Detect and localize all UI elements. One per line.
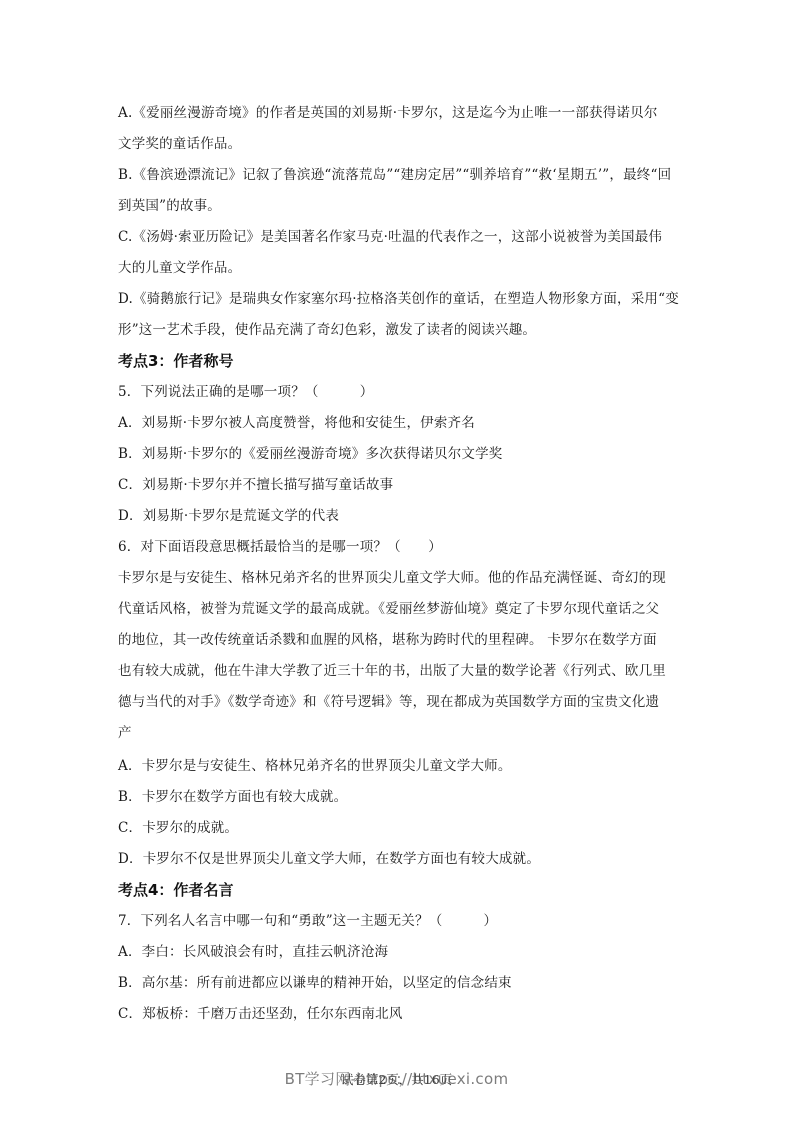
section-heading: 考点3：作者称号 <box>118 351 233 371</box>
text-line: 代童话风格，被誉为荒诞文学的最高成就。《爱丽丝梦游仙境》奠定了卡罗尔现代童话之父 <box>118 599 659 619</box>
text-line: 卡罗尔是与安徒生、格林兄弟齐名的世界顶尖儿童文学大师。他的作品充满怪诞、奇幻的现 <box>118 568 666 588</box>
text-line: 5．下列说法正确的是哪一项？（ ） <box>118 382 373 402</box>
text-line: D.《骑鹅旅行记》是瑞典女作家塞尔玛·拉格洛芙创作的童话，在塑造人物形象方面，采… <box>118 289 679 309</box>
text-line: A．李白：长风破浪会有时，直挂云帆济沧海 <box>118 942 388 962</box>
text-line: 到英国”的故事。 <box>118 196 221 216</box>
text-line: C．刘易斯·卡罗尔并不擅长描写描写童话故事 <box>118 475 393 495</box>
text-line: 大的儿童文学作品。 <box>118 258 241 278</box>
text-line: C．郑板桥：千磨万击还坚劲，任尔东西南北风 <box>118 1004 403 1024</box>
text-line: B．卡罗尔在数学方面也有较大成就。 <box>118 787 347 807</box>
text-line: 的地位，其一改传统童话杀戮和血腥的风格，堪称为跨时代的里程碑。 卡罗尔在数学方面 <box>118 630 657 650</box>
document-page: A.《爱丽丝漫游奇境》的作者是英国的刘易斯·卡罗尔，这是迄今为止唯一一部获得诺贝… <box>0 0 793 1122</box>
text-line: 文学奖的童话作品。 <box>118 134 241 154</box>
text-line: B．高尔基：所有前进都应以谦卑的精神开始，以坚定的信念结束 <box>118 973 512 993</box>
watermark: BT学习网-https://btxuexi.com <box>0 1068 793 1089</box>
text-line: A．卡罗尔是与安徒生、格林兄弟齐名的世界顶尖儿童文学大师。 <box>118 756 512 776</box>
text-line: A．刘易斯·卡罗尔被人高度赞誉，将他和安徒生，伊索齐名 <box>118 413 475 433</box>
text-line: D．卡罗尔不仅是世界顶尖儿童文学大师，在数学方面也有较大成就。 <box>118 849 540 869</box>
text-line: C．卡罗尔的成就。 <box>118 818 238 838</box>
text-line: 6．对下面语段意思概括最恰当的是哪一项？（ ） <box>118 537 442 557</box>
text-line: D．刘易斯·卡罗尔是荒诞文学的代表 <box>118 506 339 526</box>
text-line: C.《汤姆·索亚历险记》是美国著名作家马克·吐温的代表作之一，这部小说被誉为美国… <box>118 227 662 247</box>
text-line: 7．下列名人名言中哪一句和“勇敢”这一主题无关？（ ） <box>118 911 497 931</box>
section-heading: 考点4：作者名言 <box>118 880 233 900</box>
text-line: 也有较大成就，他在牛津大学教了近三十年的书，出版了大量的数学论著《行列式、欧几里 <box>118 661 666 681</box>
text-line: 德与当代的对手》《数学奇迹》和《符号逻辑》等，现在都成为英国数学方面的宝贵文化遗 <box>118 692 659 712</box>
text-line: B.《鲁滨逊漂流记》记叙了鲁滨逊“流落荒岛”“建房定居”“驯养培育”“救‘星期五… <box>118 165 671 185</box>
text-line: 产 <box>118 723 132 743</box>
text-line: 形”这一艺术手段，使作品充满了奇幻色彩，激发了读者的阅读兴趣。 <box>118 320 536 340</box>
text-line: B．刘易斯·卡罗尔的《爱丽丝漫游奇境》多次获得诺贝尔文学奖 <box>118 444 503 464</box>
text-line: A.《爱丽丝漫游奇境》的作者是英国的刘易斯·卡罗尔，这是迄今为止唯一一部获得诺贝… <box>118 103 658 123</box>
